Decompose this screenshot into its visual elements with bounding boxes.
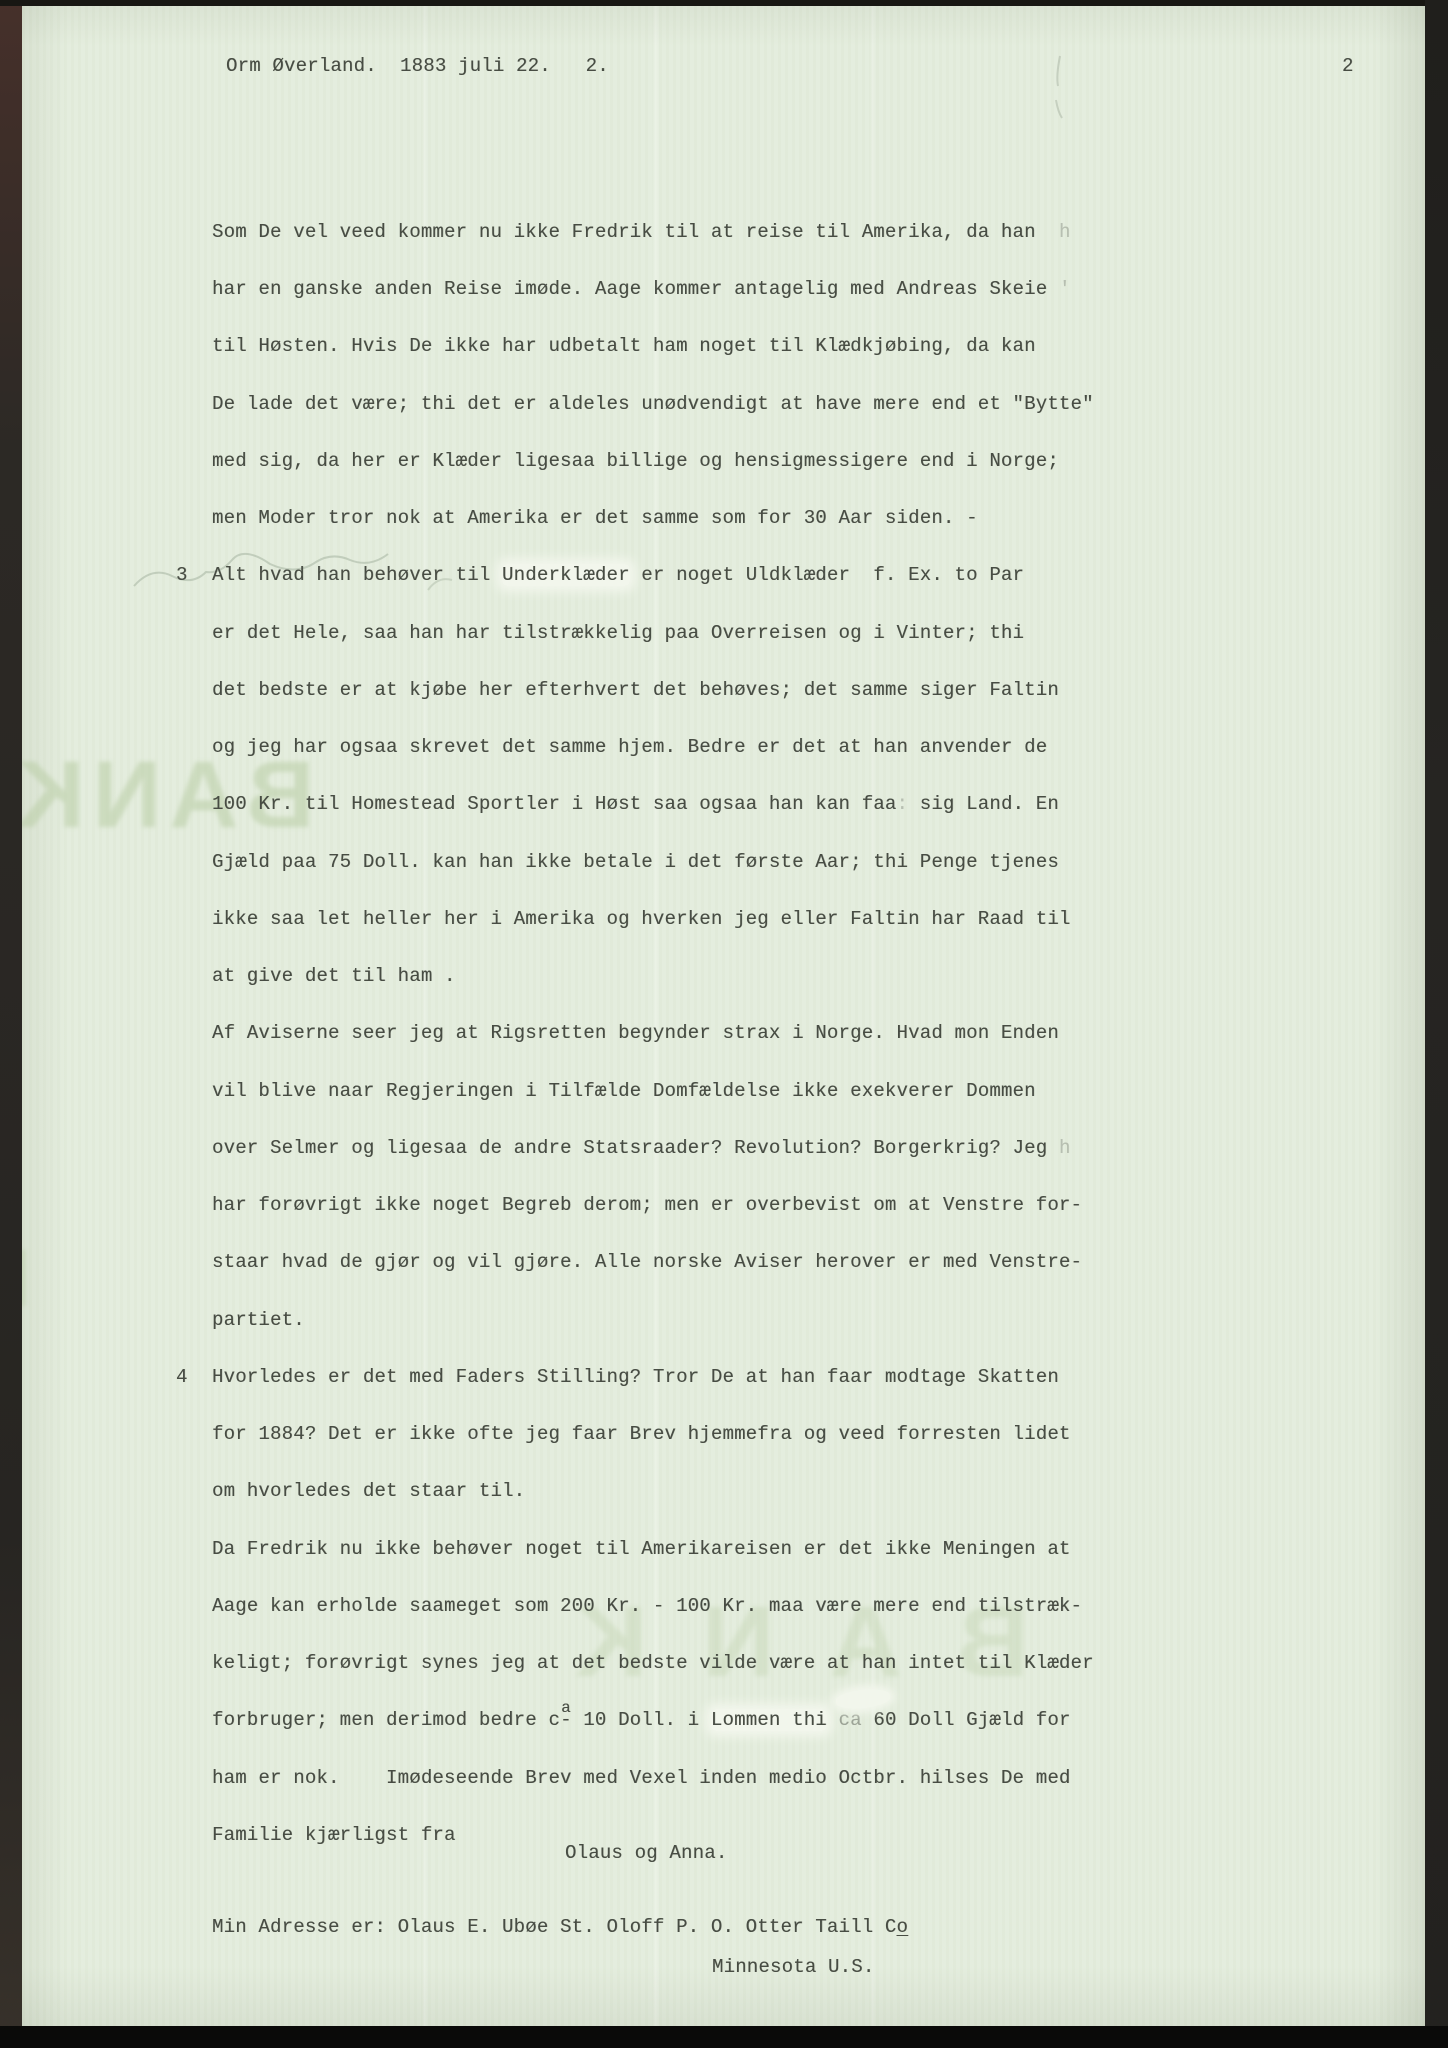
text-segment: har en ganske anden Reise imøde. Aage ko… [212, 278, 1047, 300]
body-line: har en ganske anden Reise imøde. Aage ko… [212, 276, 1071, 302]
header-line: Orm Øverland. 1883 juli 22. 2. [226, 53, 609, 79]
scan-border-bottom [0, 2026, 1448, 2048]
body-line: partiet. [212, 1307, 305, 1333]
body-line: for 1884? Det er ikke ofte jeg faar Brev… [212, 1421, 1071, 1447]
text-segment: 100 Kr. til Homestead Sportler i Høst sa… [212, 793, 897, 815]
body-line: om hvorledes det staar til. [212, 1478, 525, 1504]
text-segment-ghost: : [897, 793, 909, 815]
text-segment: at give det til ham . [212, 965, 456, 987]
text-segment: 10 Doll. i [572, 1709, 711, 1731]
text-segment: keligt; forøvrigt synes jeg at det bedst… [212, 1652, 1094, 1674]
address-line-2: Minnesota U.S. [712, 1954, 874, 1980]
body-line: Hvorledes er det med Faders Stilling? Tr… [212, 1364, 1059, 1390]
body-line: har forøvrigt ikke noget Begreb derom; m… [212, 1192, 1082, 1218]
page-number: 2 [1342, 53, 1354, 79]
text-segment-whiteout: Underklæder [502, 564, 630, 586]
text-segment: Alt hvad han behøver til [212, 564, 502, 586]
body-line: til Høsten. Hvis De ikke har udbetalt ha… [212, 333, 1036, 359]
body-line: med sig, da her er Klæder ligesaa billig… [212, 448, 1059, 474]
body-line: forbruger; men derimod bedre ca- 10 Doll… [212, 1707, 1071, 1733]
text-segment-ghost: ' [1047, 278, 1070, 300]
text-segment-ghost: h [1047, 1137, 1070, 1159]
text-segment-faint: ca [839, 1709, 862, 1731]
text-segment: Minnesota U.S. [712, 1956, 874, 1978]
text-segment: er det Hele, saa han har tilstrækkelig p… [212, 622, 1024, 644]
text-segment [827, 1709, 839, 1731]
text-segment: om hvorledes det staar til. [212, 1480, 525, 1502]
body-line: ham er nok. Imødeseende Brev med Vexel i… [212, 1765, 1071, 1791]
body-line: ikke saa let heller her i Amerika og hve… [212, 906, 1071, 932]
text-segment: det bedste er at kjøbe her efterhvert de… [212, 679, 1059, 701]
text-segment: vil blive naar Regjeringen i Tilfælde Do… [212, 1080, 1036, 1102]
superscript-abbreviation: a- [560, 1707, 572, 1733]
text-segment: Som De vel veed kommer nu ikke Fredrik t… [212, 221, 1036, 243]
body-line: at give det til ham . [212, 963, 456, 989]
body-line: det bedste er at kjøbe her efterhvert de… [212, 677, 1059, 703]
text-segment-ghost: h [1036, 221, 1071, 243]
text-segment: staar hvad de gjør og vil gjøre. Alle no… [212, 1251, 1082, 1273]
body-line: 100 Kr. til Homestead Sportler i Høst sa… [212, 791, 1059, 817]
text-segment: Olaus og Anna. [565, 1842, 727, 1864]
text-segment: 60 Doll Gjæld for [862, 1709, 1071, 1731]
text-segment: til Høsten. Hvis De ikke har udbetalt ha… [212, 335, 1036, 357]
text-segment: ham er nok. Imødeseende Brev med Vexel i… [212, 1767, 1071, 1789]
body-line: Alt hvad han behøver til Underklæder er … [212, 562, 1024, 588]
body-line: over Selmer og ligesaa de andre Statsraa… [212, 1135, 1071, 1161]
body-line: Da Fredrik nu ikke behøver noget til Ame… [212, 1536, 1071, 1562]
scanned-letter-page: Orm Øverland. 1883 juli 22. 2. 2 BANKBAN… [0, 0, 1448, 2048]
body-line: Som De vel veed kommer nu ikke Fredrik t… [212, 219, 1071, 245]
text-segment: med sig, da her er Klæder ligesaa billig… [212, 450, 1059, 472]
text-segment: men Moder tror nok at Amerika er det sam… [212, 507, 978, 529]
body-line: er det Hele, saa han har tilstrækkelig p… [212, 620, 1024, 646]
text-segment: sig Land. En [908, 793, 1059, 815]
text-segment: partiet. [212, 1309, 305, 1331]
body-line: staar hvad de gjør og vil gjøre. Alle no… [212, 1249, 1082, 1275]
text-segment: Af Aviserne seer jeg at Rigsretten begyn… [212, 1022, 1059, 1044]
text-segment: forbruger; men derimod bedre c [212, 1709, 560, 1731]
body-line: og jeg har ogsaa skrevet det samme hjem.… [212, 734, 1047, 760]
text-segment: Aage kan erholde saameget som 200 Kr. - … [212, 1595, 1082, 1617]
text-segment: Familie kjærligst fra [212, 1824, 456, 1846]
text-segment: De lade det være; thi det er aldeles unø… [212, 393, 1094, 415]
body-line: Gjæld paa 75 Doll. kan han ikke betale i… [212, 849, 1059, 875]
text-segment: Gjæld paa 75 Doll. kan han ikke betale i… [212, 851, 1059, 873]
margin-number-3: 3 [176, 562, 188, 588]
scan-border-left [0, 0, 22, 2048]
signature-line: Olaus og Anna. [565, 1840, 727, 1866]
body-line: vil blive naar Regjeringen i Tilfælde Do… [212, 1078, 1036, 1104]
text-segment: har forøvrigt ikke noget Begreb derom; m… [212, 1194, 1082, 1216]
scan-border-right [1425, 0, 1448, 2048]
body-line: De lade det være; thi det er aldeles unø… [212, 391, 1094, 417]
text-segment: over Selmer og ligesaa de andre Statsraa… [212, 1137, 1047, 1159]
body-line: keligt; forøvrigt synes jeg at det bedst… [212, 1650, 1094, 1676]
text-segment-whiteout: Lommen thi [711, 1709, 827, 1731]
text-segment: ikke saa let heller her i Amerika og hve… [212, 908, 1071, 930]
body-line: Familie kjærligst fra [212, 1822, 456, 1848]
text-segment: og jeg har ogsaa skrevet det samme hjem.… [212, 736, 1047, 758]
address-line-1: Min Adresse er: Olaus E. Ubøe St. Oloff … [212, 1914, 908, 1940]
margin-number-4: 4 [176, 1364, 188, 1390]
text-segment: for 1884? Det er ikke ofte jeg faar Brev… [212, 1423, 1071, 1445]
body-line: Aage kan erholde saameget som 200 Kr. - … [212, 1593, 1082, 1619]
text-segment-underline-char: o [897, 1916, 909, 1938]
text-segment: er noget Uldklæder f. Ex. to Par [630, 564, 1024, 586]
text-segment: Hvorledes er det med Faders Stilling? Tr… [212, 1366, 1059, 1388]
body-line: men Moder tror nok at Amerika er det sam… [212, 505, 978, 531]
scan-border-top [0, 0, 1448, 6]
text-segment: Min Adresse er: Olaus E. Ubøe St. Oloff … [212, 1916, 897, 1938]
body-line: Af Aviserne seer jeg at Rigsretten begyn… [212, 1020, 1059, 1046]
text-segment: Da Fredrik nu ikke behøver noget til Ame… [212, 1538, 1071, 1560]
